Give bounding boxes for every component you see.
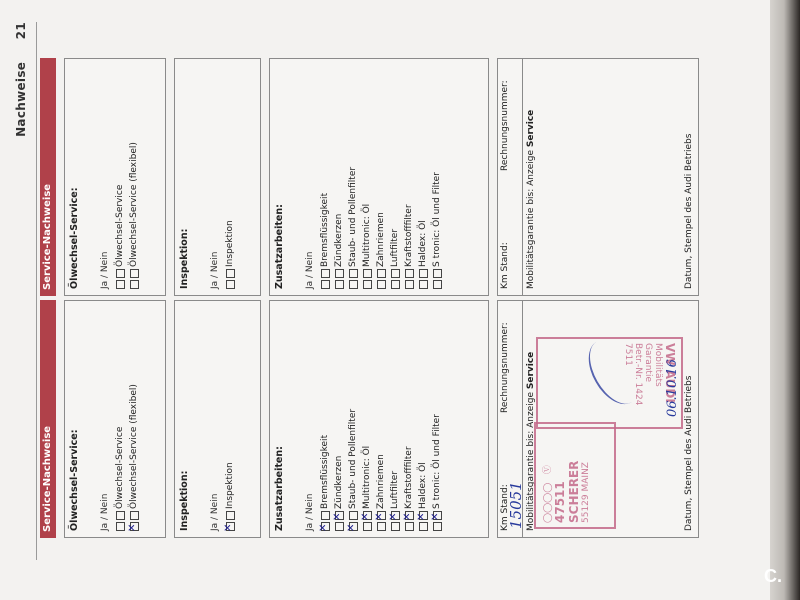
ja-checkbox[interactable] (419, 280, 428, 289)
item-label: Zahnriemen (376, 212, 386, 267)
box-heading: Ölwechsel-Service: (69, 307, 80, 531)
mobility-guarantee: Mobilitätsgarantie bis: Anzeige Service (523, 59, 539, 295)
ja-checkbox[interactable] (116, 280, 125, 289)
ja-checkbox[interactable] (226, 280, 235, 289)
box-heading: Ölwechsel-Service: (69, 65, 80, 289)
nein-checkbox[interactable] (405, 269, 414, 278)
nein-checkbox[interactable] (321, 269, 330, 278)
nein-checkbox[interactable] (116, 269, 125, 278)
checklist-item: Zahnriemen (374, 65, 388, 289)
watermark: C. (764, 566, 782, 587)
checklist-item: Zahnriemen (374, 307, 388, 531)
date-handwritten: 06.10.16 (665, 359, 680, 417)
item-label: Bremsflüssigkeit (320, 435, 330, 509)
ja-checkbox[interactable] (349, 522, 358, 531)
box-heading: Zusatzarbeiten: (274, 307, 285, 531)
item-label: Bremsflüssigkeit (320, 193, 330, 267)
ja-nein-label: Ja / Nein (305, 65, 315, 289)
item-label: Haldex: Öl (418, 220, 428, 267)
item-label: Zündkerzen (334, 456, 344, 509)
service-record-lower: Service-NachweiseÖlwechsel-Service:Ja / … (40, 300, 699, 538)
stamp-box: Km Stand: Rechnungsnummer: 15051Mobilitä… (497, 300, 699, 538)
nein-checkbox[interactable] (433, 511, 442, 520)
item-label: Multitronic: Öl (362, 446, 372, 509)
ja-checkbox[interactable] (321, 280, 330, 289)
checklist-item: Zündkerzen (332, 65, 346, 289)
item-label: Inspektion (225, 220, 235, 267)
checklist-item: Inspektion (223, 65, 237, 289)
checklist-item: Inspektion (223, 307, 237, 531)
signature-label: Datum, Stempel des Audi Betriebs (684, 134, 694, 289)
box-heading: Zusatzarbeiten: (274, 65, 285, 289)
checklist-item: Haldex: Öl (416, 307, 430, 531)
item-label: Ölwechsel-Service (flexibel) (129, 142, 139, 267)
item-label: Inspektion (225, 462, 235, 509)
nein-checkbox[interactable] (130, 511, 139, 520)
nein-checkbox[interactable] (391, 511, 400, 520)
item-label: Staub- und Pollenfilter (348, 167, 358, 267)
checklist-item: Ölwechsel-Service (flexibel) (127, 307, 141, 531)
nein-checkbox[interactable] (226, 269, 235, 278)
item-label: Luftfilter (390, 471, 400, 509)
nein-checkbox[interactable] (405, 511, 414, 520)
item-label: Ölwechsel-Service (115, 185, 125, 267)
nein-checkbox[interactable] (130, 269, 139, 278)
additional-work-box: Zusatzarbeiten:Ja / Nein Bremsflüssigkei… (269, 58, 489, 296)
page-header: Nachweise 21 (14, 22, 28, 137)
item-label: Haldex: Öl (418, 462, 428, 509)
dealer-stamp: ◯◯◯◯ Ⓥ 47511 SCHERER 55129 MAINZ (534, 422, 616, 529)
ja-nein-label: Ja / Nein (210, 65, 220, 289)
checklist-item: Kraftstofffilter (402, 65, 416, 289)
page-number: 21 (14, 22, 28, 39)
ja-nein-label: Ja / Nein (210, 307, 220, 531)
checklist-item: Bremsflüssigkeit (318, 65, 332, 289)
oil-service-box: Ölwechsel-Service:Ja / Nein Ölwechsel-Se… (64, 300, 166, 538)
item-label: Zahnriemen (376, 454, 386, 509)
nein-checkbox[interactable] (349, 269, 358, 278)
ja-checkbox[interactable] (349, 280, 358, 289)
item-label: S tronic: Öl und Filter (432, 172, 442, 267)
ja-checkbox[interactable] (130, 522, 139, 531)
km-field[interactable]: Km Stand: (498, 177, 522, 295)
item-label: S tronic: Öl und Filter (432, 414, 442, 509)
item-label: Ölwechsel-Service (115, 427, 125, 509)
ja-checkbox[interactable] (405, 522, 414, 531)
checklist-item: Ölwechsel-Service (flexibel) (127, 65, 141, 289)
ja-checkbox[interactable] (335, 280, 344, 289)
ja-nein-label: Ja / Nein (100, 307, 110, 531)
nein-checkbox[interactable] (419, 269, 428, 278)
checklist-item: Kraftstofffilter (402, 307, 416, 531)
nein-checkbox[interactable] (335, 511, 344, 520)
item-label: Staub- und Pollenfilter (348, 409, 358, 509)
nein-checkbox[interactable] (419, 511, 428, 520)
ja-checkbox[interactable] (363, 522, 372, 531)
ja-checkbox[interactable] (377, 522, 386, 531)
nein-checkbox[interactable] (377, 269, 386, 278)
item-label: Kraftstofffilter (404, 204, 414, 267)
nein-checkbox[interactable] (377, 511, 386, 520)
km-row: Km Stand: Rechnungsnummer: (498, 59, 523, 295)
item-label: Kraftstofffilter (404, 446, 414, 509)
ja-checkbox[interactable] (433, 280, 442, 289)
ja-checkbox[interactable] (321, 522, 330, 531)
checklist-item: Multitronic: Öl (360, 65, 374, 289)
nein-checkbox[interactable] (335, 269, 344, 278)
checklist-item: S tronic: Öl und Filter (430, 65, 444, 289)
section-banner: Service-Nachweise (40, 58, 56, 296)
checklist-item: Zündkerzen (332, 307, 346, 531)
audi-logo-icon: ◯◯◯◯ Ⓥ (540, 428, 553, 523)
nein-checkbox[interactable] (116, 511, 125, 520)
ja-checkbox[interactable] (377, 280, 386, 289)
item-label: Multitronic: Öl (362, 204, 372, 267)
nein-checkbox[interactable] (321, 511, 330, 520)
nein-checkbox[interactable] (433, 269, 442, 278)
nein-checkbox[interactable] (349, 511, 358, 520)
item-label: Zündkerzen (334, 214, 344, 267)
nein-checkbox[interactable] (226, 511, 235, 520)
signature-label: Datum, Stempel des Audi Betriebs (684, 376, 694, 531)
invoice-field[interactable]: Rechnungsnummer: (498, 59, 522, 177)
checklist-item: Haldex: Öl (416, 65, 430, 289)
ja-checkbox[interactable] (363, 280, 372, 289)
checklist-item: Multitronic: Öl (360, 307, 374, 531)
checklist-item: Bremsflüssigkeit (318, 307, 332, 531)
box-heading: Inspektion: (179, 65, 190, 289)
ja-nein-label: Ja / Nein (100, 65, 110, 289)
ja-checkbox[interactable] (130, 280, 139, 289)
nein-checkbox[interactable] (363, 511, 372, 520)
item-label: Luftfilter (390, 229, 400, 267)
header-rule (36, 22, 37, 560)
ja-checkbox[interactable] (116, 522, 125, 531)
nein-checkbox[interactable] (391, 269, 400, 278)
checklist-item: Luftfilter (388, 65, 402, 289)
stamp-box: Km Stand: Rechnungsnummer: Mobilitätsgar… (497, 58, 699, 296)
service-record-upper: Service-NachweiseÖlwechsel-Service:Ja / … (40, 58, 699, 296)
checklist-item: Ölwechsel-Service (113, 65, 127, 289)
inspection-box: Inspektion:Ja / Nein Inspektion (174, 58, 261, 296)
additional-work-box: Zusatzarbeiten:Ja / Nein Bremsflüssigkei… (269, 300, 489, 538)
ja-checkbox[interactable] (391, 522, 400, 531)
section-title: Nachweise (14, 62, 28, 137)
nein-checkbox[interactable] (363, 269, 372, 278)
checklist-item: Luftfilter (388, 307, 402, 531)
ja-nein-label: Ja / Nein (305, 307, 315, 531)
ja-checkbox[interactable] (391, 280, 400, 289)
checklist-item: Staub- und Pollenfilter (346, 307, 360, 531)
section-banner: Service-Nachweise (40, 300, 56, 538)
ja-checkbox[interactable] (419, 522, 428, 531)
km-value-handwritten: 15051 (507, 481, 525, 529)
checklist-item: Ölwechsel-Service (113, 307, 127, 531)
ja-checkbox[interactable] (226, 522, 235, 531)
box-heading: Inspektion: (179, 307, 190, 531)
checklist-item: S tronic: Öl und Filter (430, 307, 444, 531)
service-booklet-page: Nachweise 21 Service-NachweiseÖlwechsel-… (0, 0, 770, 600)
item-label: Ölwechsel-Service (flexibel) (129, 384, 139, 509)
checklist-item: Staub- und Pollenfilter (346, 65, 360, 289)
oil-service-box: Ölwechsel-Service:Ja / Nein Ölwechsel-Se… (64, 58, 166, 296)
invoice-field[interactable]: Rechnungsnummer: (498, 301, 522, 419)
ja-checkbox[interactable] (405, 280, 414, 289)
inspection-box: Inspektion:Ja / Nein Inspektion (174, 300, 261, 538)
ja-checkbox[interactable] (335, 522, 344, 531)
ja-checkbox[interactable] (433, 522, 442, 531)
